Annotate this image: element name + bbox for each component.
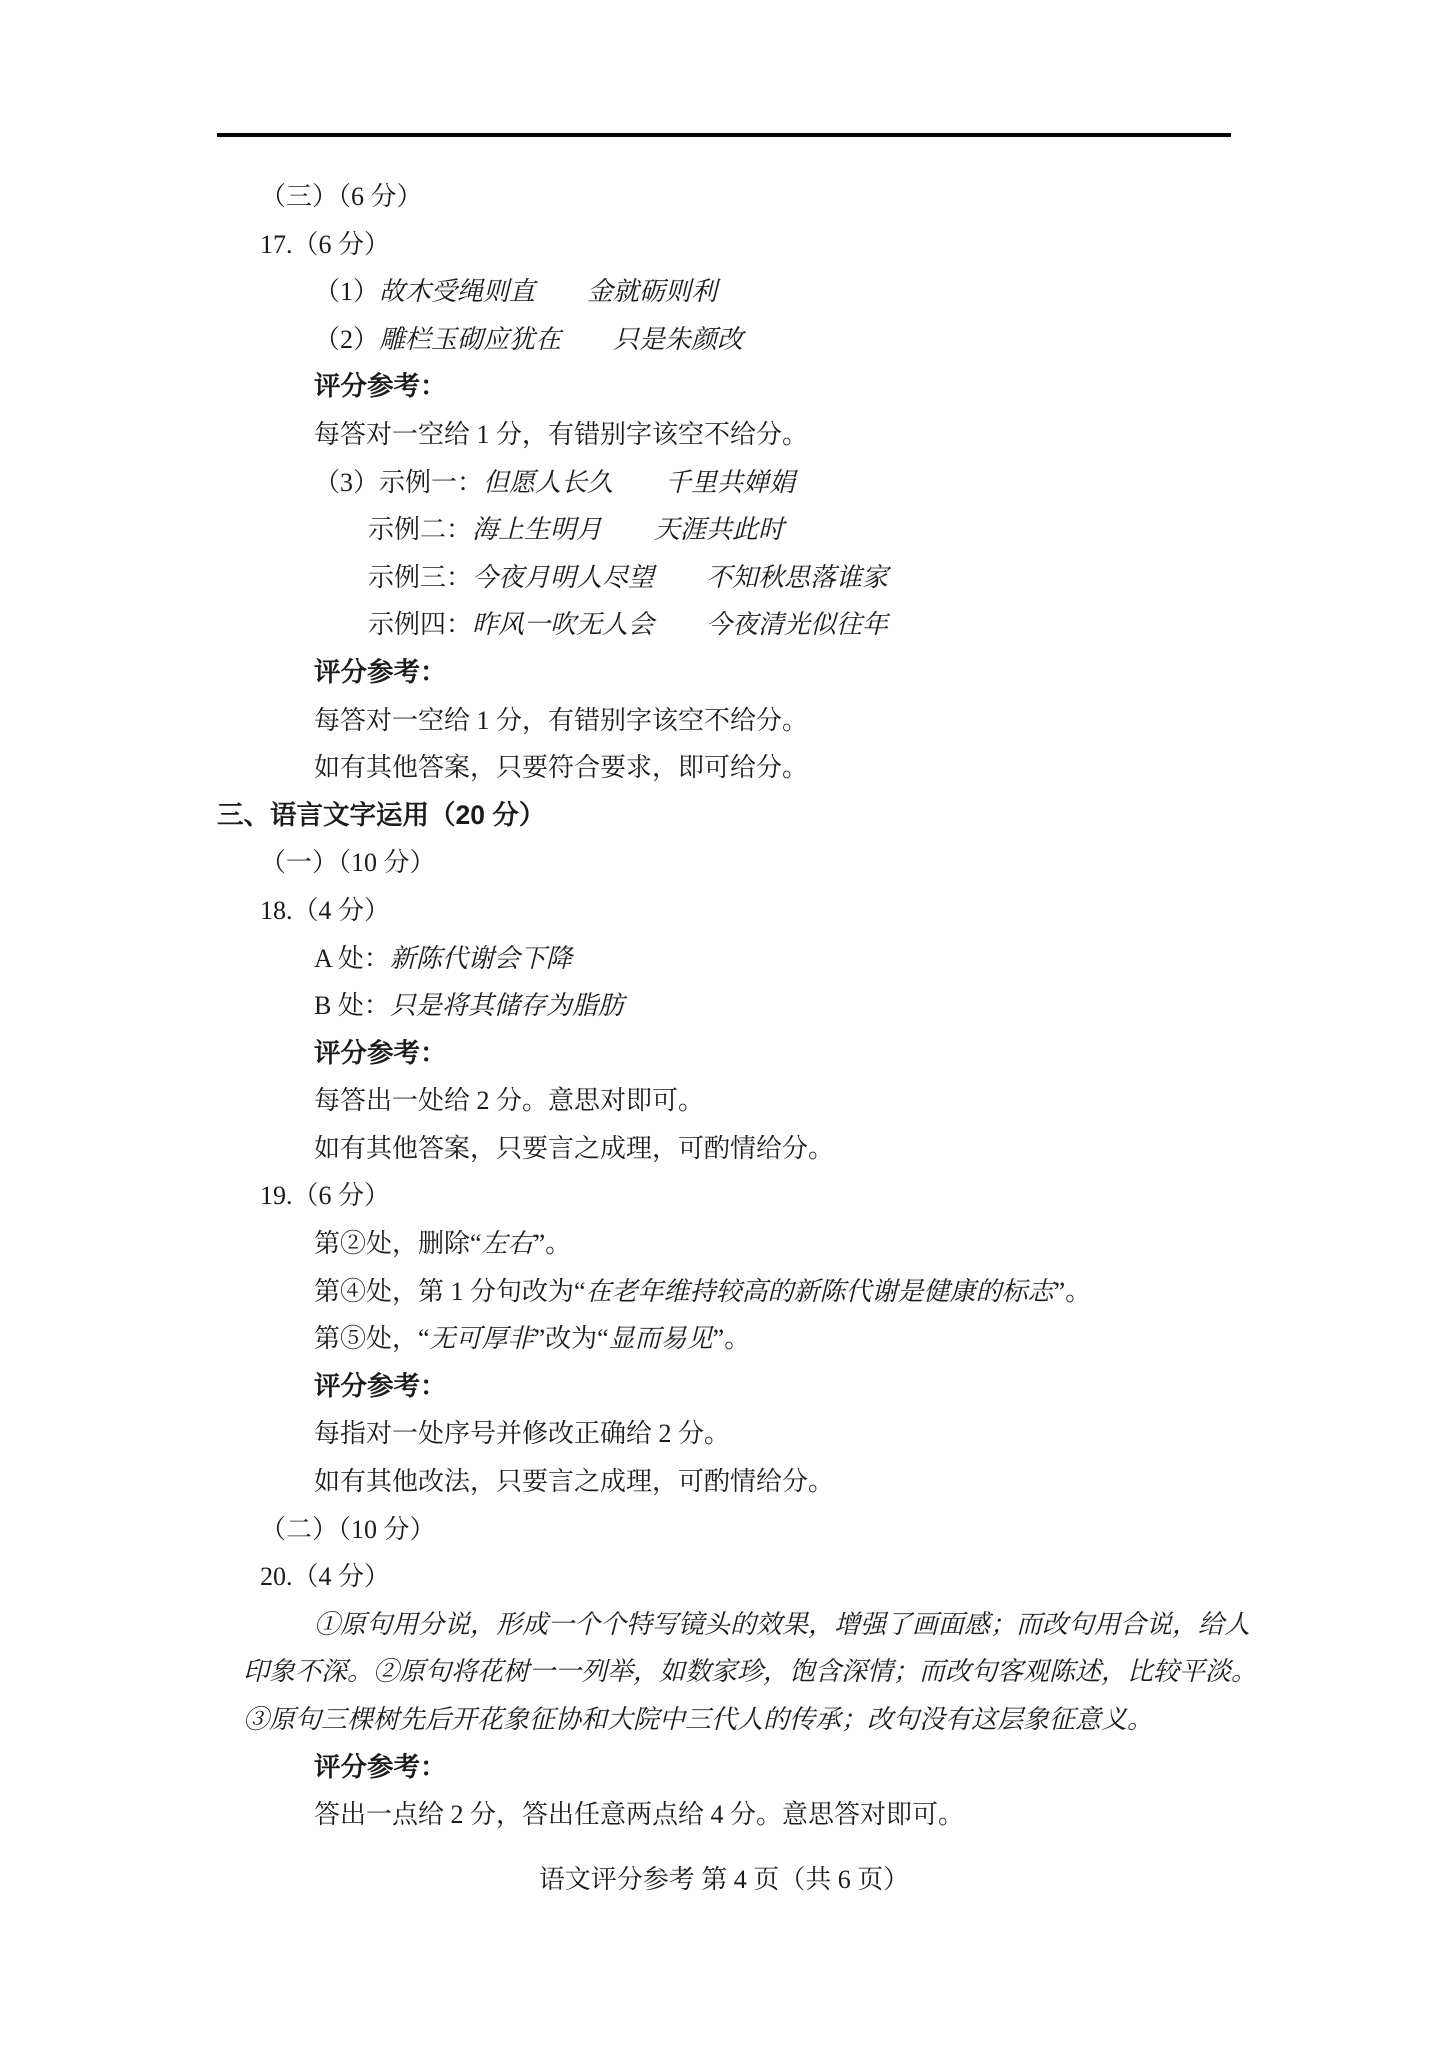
text-segment: ”。 [713, 1324, 751, 1353]
text-line: （一）（10 分） [0, 839, 1448, 887]
text-line: ①原句用分说，形成一个个特写镜头的效果，增强了画面感；而改句用合说，给人 [0, 1601, 1448, 1649]
text-segment: 19.（6 分） [260, 1181, 390, 1210]
text-segment: 评分参考： [314, 371, 447, 401]
text-segment: A 处： [314, 944, 390, 973]
text-segment: 新陈代谢会下降 [390, 944, 572, 973]
text-line: 20.（4 分） [0, 1553, 1448, 1601]
text-segment: 评分参考： [314, 1752, 447, 1782]
text-segment: 第⑤处，“ [314, 1324, 430, 1353]
text-segment: 雕栏玉砌应犹在 只是朱颜改 [379, 325, 743, 354]
text-segment: ”。 [534, 1229, 572, 1258]
scoring-reference-page: （三）（6 分）17.（6 分）（1）故木受绳则直 金就砺则利（2）雕栏玉砌应犹… [0, 0, 1448, 2048]
text-segment: （1） [314, 277, 379, 306]
text-line: 三、语言文字运用（20 分） [0, 792, 1448, 840]
text-segment: 示例三： [368, 563, 472, 592]
text-segment: 每答对一空给 1 分，有错别字该空不给分。 [314, 420, 808, 449]
text-segment: 示例二： [368, 515, 472, 544]
text-line: 18.（4 分） [0, 887, 1448, 935]
text-segment: 评分参考： [314, 1038, 447, 1068]
text-line: 评分参考： [0, 1030, 1448, 1078]
text-line: 如有其他答案，只要符合要求，即可给分。 [0, 744, 1448, 792]
text-segment: 第④处，第 1 分句改为“ [314, 1277, 586, 1306]
text-line: 评分参考： [0, 1744, 1448, 1792]
text-line: 答出一点给 2 分，答出任意两点给 4 分。意思答对即可。 [0, 1791, 1448, 1839]
text-segment: ”。 [1054, 1277, 1092, 1306]
text-segment: 在老年维持较高的新陈代谢是健康的标志 [586, 1277, 1054, 1306]
text-line: 17.（6 分） [0, 221, 1448, 269]
text-segment: 第②处，删除“ [314, 1229, 482, 1258]
text-line: 评分参考： [0, 649, 1448, 697]
text-segment: （三）（6 分） [260, 182, 423, 211]
text-segment: 但愿人长久 千里共婵娟 [483, 468, 795, 497]
text-line: ③原句三棵树先后开花象征协和大院中三代人的传承；改句没有这层象征意义。 [0, 1696, 1448, 1744]
text-segment: 如有其他答案，只要符合要求，即可给分。 [314, 753, 808, 782]
text-segment: 如有其他答案，只要言之成理，可酌情给分。 [314, 1134, 834, 1163]
text-segment: 每答出一处给 2 分。意思对即可。 [314, 1086, 704, 1115]
text-line: 每答对一空给 1 分，有错别字该空不给分。 [0, 697, 1448, 745]
text-line: （二）（10 分） [0, 1506, 1448, 1554]
text-line: 每答对一空给 1 分，有错别字该空不给分。 [0, 411, 1448, 459]
text-line: 示例四：昨风一吹无人会 今夜清光似往年 [0, 601, 1448, 649]
text-segment: （一）（10 分） [260, 848, 436, 877]
page-footer: 语文评分参考 第 4 页（共 6 页） [0, 1856, 1448, 1904]
text-line: 第⑤处，“无可厚非”改为“显而易见”。 [0, 1315, 1448, 1363]
text-line: 示例二：海上生明月 天涯共此时 [0, 506, 1448, 554]
text-line: （三）（6 分） [0, 173, 1448, 221]
text-segment: 左右 [482, 1229, 534, 1258]
text-segment: 答出一点给 2 分，答出任意两点给 4 分。意思答对即可。 [314, 1800, 964, 1829]
text-segment: 17.（6 分） [260, 230, 390, 259]
text-line: （3）示例一：但愿人长久 千里共婵娟 [0, 459, 1448, 507]
text-segment: 故木受绳则直 金就砺则利 [379, 277, 717, 306]
text-segment: ①原句用分说，形成一个个特写镜头的效果，增强了画面感；而改句用合说，给人 [314, 1610, 1250, 1639]
text-segment: 每指对一处序号并修改正确给 2 分。 [314, 1419, 730, 1448]
text-line: B 处：只是将其储存为脂肪 [0, 982, 1448, 1030]
text-segment: 每答对一空给 1 分，有错别字该空不给分。 [314, 706, 808, 735]
text-segment: （3）示例一： [314, 468, 483, 497]
text-line: 每答出一处给 2 分。意思对即可。 [0, 1077, 1448, 1125]
text-line: （1）故木受绳则直 金就砺则利 [0, 268, 1448, 316]
text-line: 19.（6 分） [0, 1172, 1448, 1220]
header-rule [217, 133, 1231, 137]
page-footer-text: 语文评分参考 第 4 页（共 6 页） [539, 1865, 910, 1894]
text-segment: 今夜月明人尽望 不知秋思落谁家 [472, 563, 888, 592]
text-segment: 评分参考： [314, 657, 447, 687]
text-segment: ③原句三棵树先后开花象征协和大院中三代人的传承；改句没有这层象征意义。 [243, 1705, 1153, 1734]
text-segment: 只是将其储存为脂肪 [390, 991, 624, 1020]
text-line: 如有其他答案，只要言之成理，可酌情给分。 [0, 1125, 1448, 1173]
text-segment: 18.（4 分） [260, 896, 390, 925]
text-segment: 无可厚非 [430, 1324, 534, 1353]
text-segment: 评分参考： [314, 1371, 447, 1401]
text-segment: 海上生明月 天涯共此时 [472, 515, 784, 544]
text-segment: 如有其他改法，只要言之成理，可酌情给分。 [314, 1467, 834, 1496]
text-segment: 印象不深。②原句将花树一一列举，如数家珍，饱含深情；而改句客观陈述，比较平淡。 [243, 1657, 1257, 1686]
text-segment: 20.（4 分） [260, 1562, 390, 1591]
text-segment: 显而易见 [609, 1324, 713, 1353]
text-line: 评分参考： [0, 1363, 1448, 1411]
text-line: 评分参考： [0, 363, 1448, 411]
text-segment: （二）（10 分） [260, 1515, 436, 1544]
text-segment: 昨风一吹无人会 今夜清光似往年 [472, 610, 888, 639]
text-segment: 示例四： [368, 610, 472, 639]
text-segment: （2） [314, 325, 379, 354]
text-line: 如有其他改法，只要言之成理，可酌情给分。 [0, 1458, 1448, 1506]
text-segment: ”改为“ [534, 1324, 609, 1353]
text-segment: 三、语言文字运用（20 分） [217, 800, 545, 830]
text-line: （2）雕栏玉砌应犹在 只是朱颜改 [0, 316, 1448, 364]
document-body: （三）（6 分）17.（6 分）（1）故木受绳则直 金就砺则利（2）雕栏玉砌应犹… [0, 173, 1448, 1839]
text-segment: B 处： [314, 991, 390, 1020]
text-line: 第②处，删除“左右”。 [0, 1220, 1448, 1268]
text-line: 示例三：今夜月明人尽望 不知秋思落谁家 [0, 554, 1448, 602]
text-line: 每指对一处序号并修改正确给 2 分。 [0, 1410, 1448, 1458]
text-line: 第④处，第 1 分句改为“在老年维持较高的新陈代谢是健康的标志”。 [0, 1268, 1448, 1316]
text-line: 印象不深。②原句将花树一一列举，如数家珍，饱含深情；而改句客观陈述，比较平淡。 [0, 1648, 1448, 1696]
text-line: A 处：新陈代谢会下降 [0, 935, 1448, 983]
